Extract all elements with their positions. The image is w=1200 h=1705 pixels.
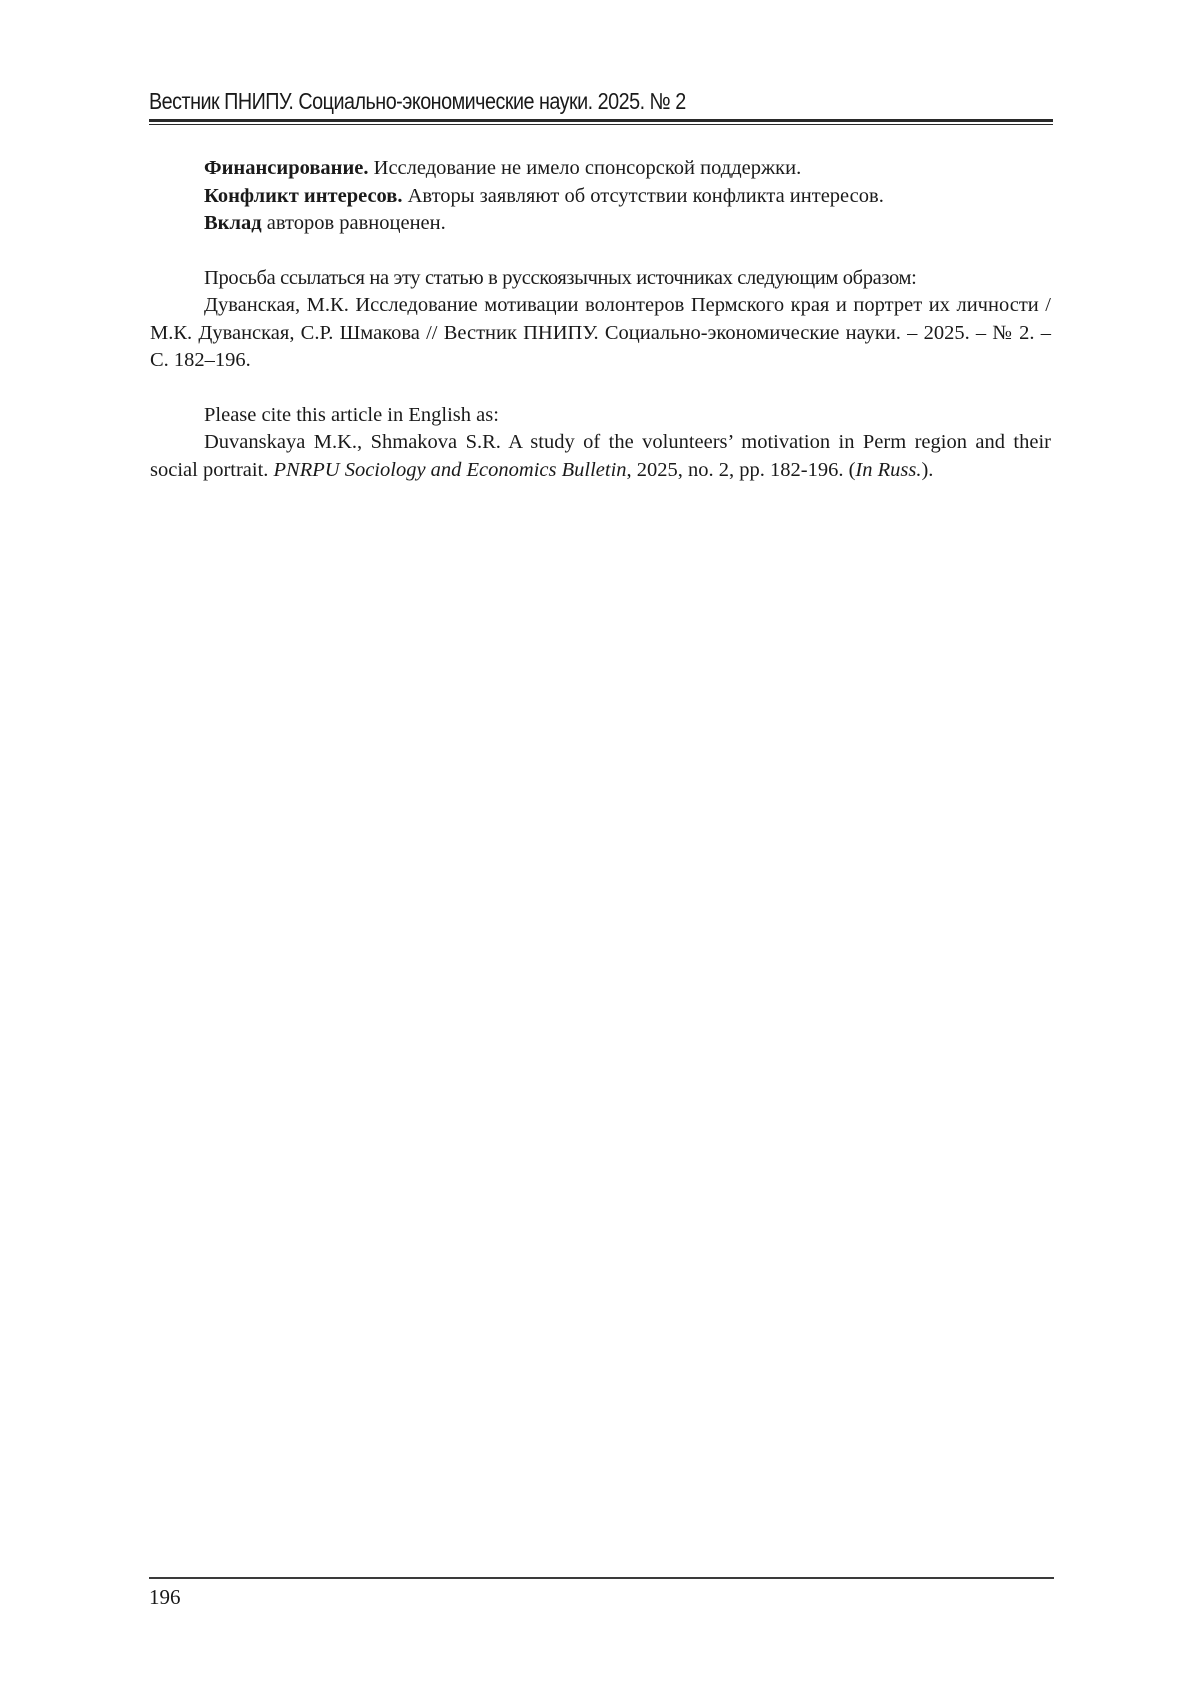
page-footer: 196 — [149, 1577, 1054, 1610]
running-header: Вестник ПНИПУ. Социально-экономические н… — [149, 86, 1053, 125]
header-rule-thick — [149, 119, 1053, 122]
page-number: 196 — [149, 1585, 1054, 1610]
article-end-matter: Финансирование. Исследование не имело сп… — [150, 155, 1051, 484]
citation-en-journal: PNRPU Sociology and Economics Bulletin — [274, 459, 627, 481]
citation-ru-intro: Просьба ссылаться на эту статью в русско… — [150, 265, 1051, 293]
citation-en-mid: , 2025, no. 2, pp. 182-196. ( — [627, 459, 856, 481]
citation-en-text: Duvanskaya M.K., Shmakova S.R. A study o… — [150, 429, 1051, 484]
conflict-label: Конфликт интересов. — [204, 185, 402, 207]
contribution-statement: Вклад авторов равноценен. — [150, 210, 1051, 238]
citation-ru-text: Дуванская, М.К. Исследование мотивации в… — [150, 292, 1051, 375]
funding-statement: Финансирование. Исследование не имело сп… — [150, 155, 1051, 183]
journal-title: Вестник ПНИПУ. Социально-экономические н… — [149, 86, 926, 116]
citation-en-end: ). — [921, 459, 933, 481]
citation-en-lang: In Russ. — [855, 459, 921, 481]
footer-rule — [149, 1577, 1054, 1579]
citation-en-intro: Please cite this article in English as: — [150, 402, 1051, 430]
contribution-text: авторов равноценен. — [262, 212, 446, 234]
contribution-label: Вклад — [204, 212, 262, 234]
header-rule-thin — [149, 124, 1053, 125]
funding-label: Финансирование. — [204, 157, 369, 179]
conflict-statement: Конфликт интересов. Авторы заявляют об о… — [150, 183, 1051, 211]
funding-text: Исследование не имело спонсорской поддер… — [369, 157, 802, 179]
conflict-text: Авторы заявляют об отсутствии конфликта … — [402, 185, 883, 207]
